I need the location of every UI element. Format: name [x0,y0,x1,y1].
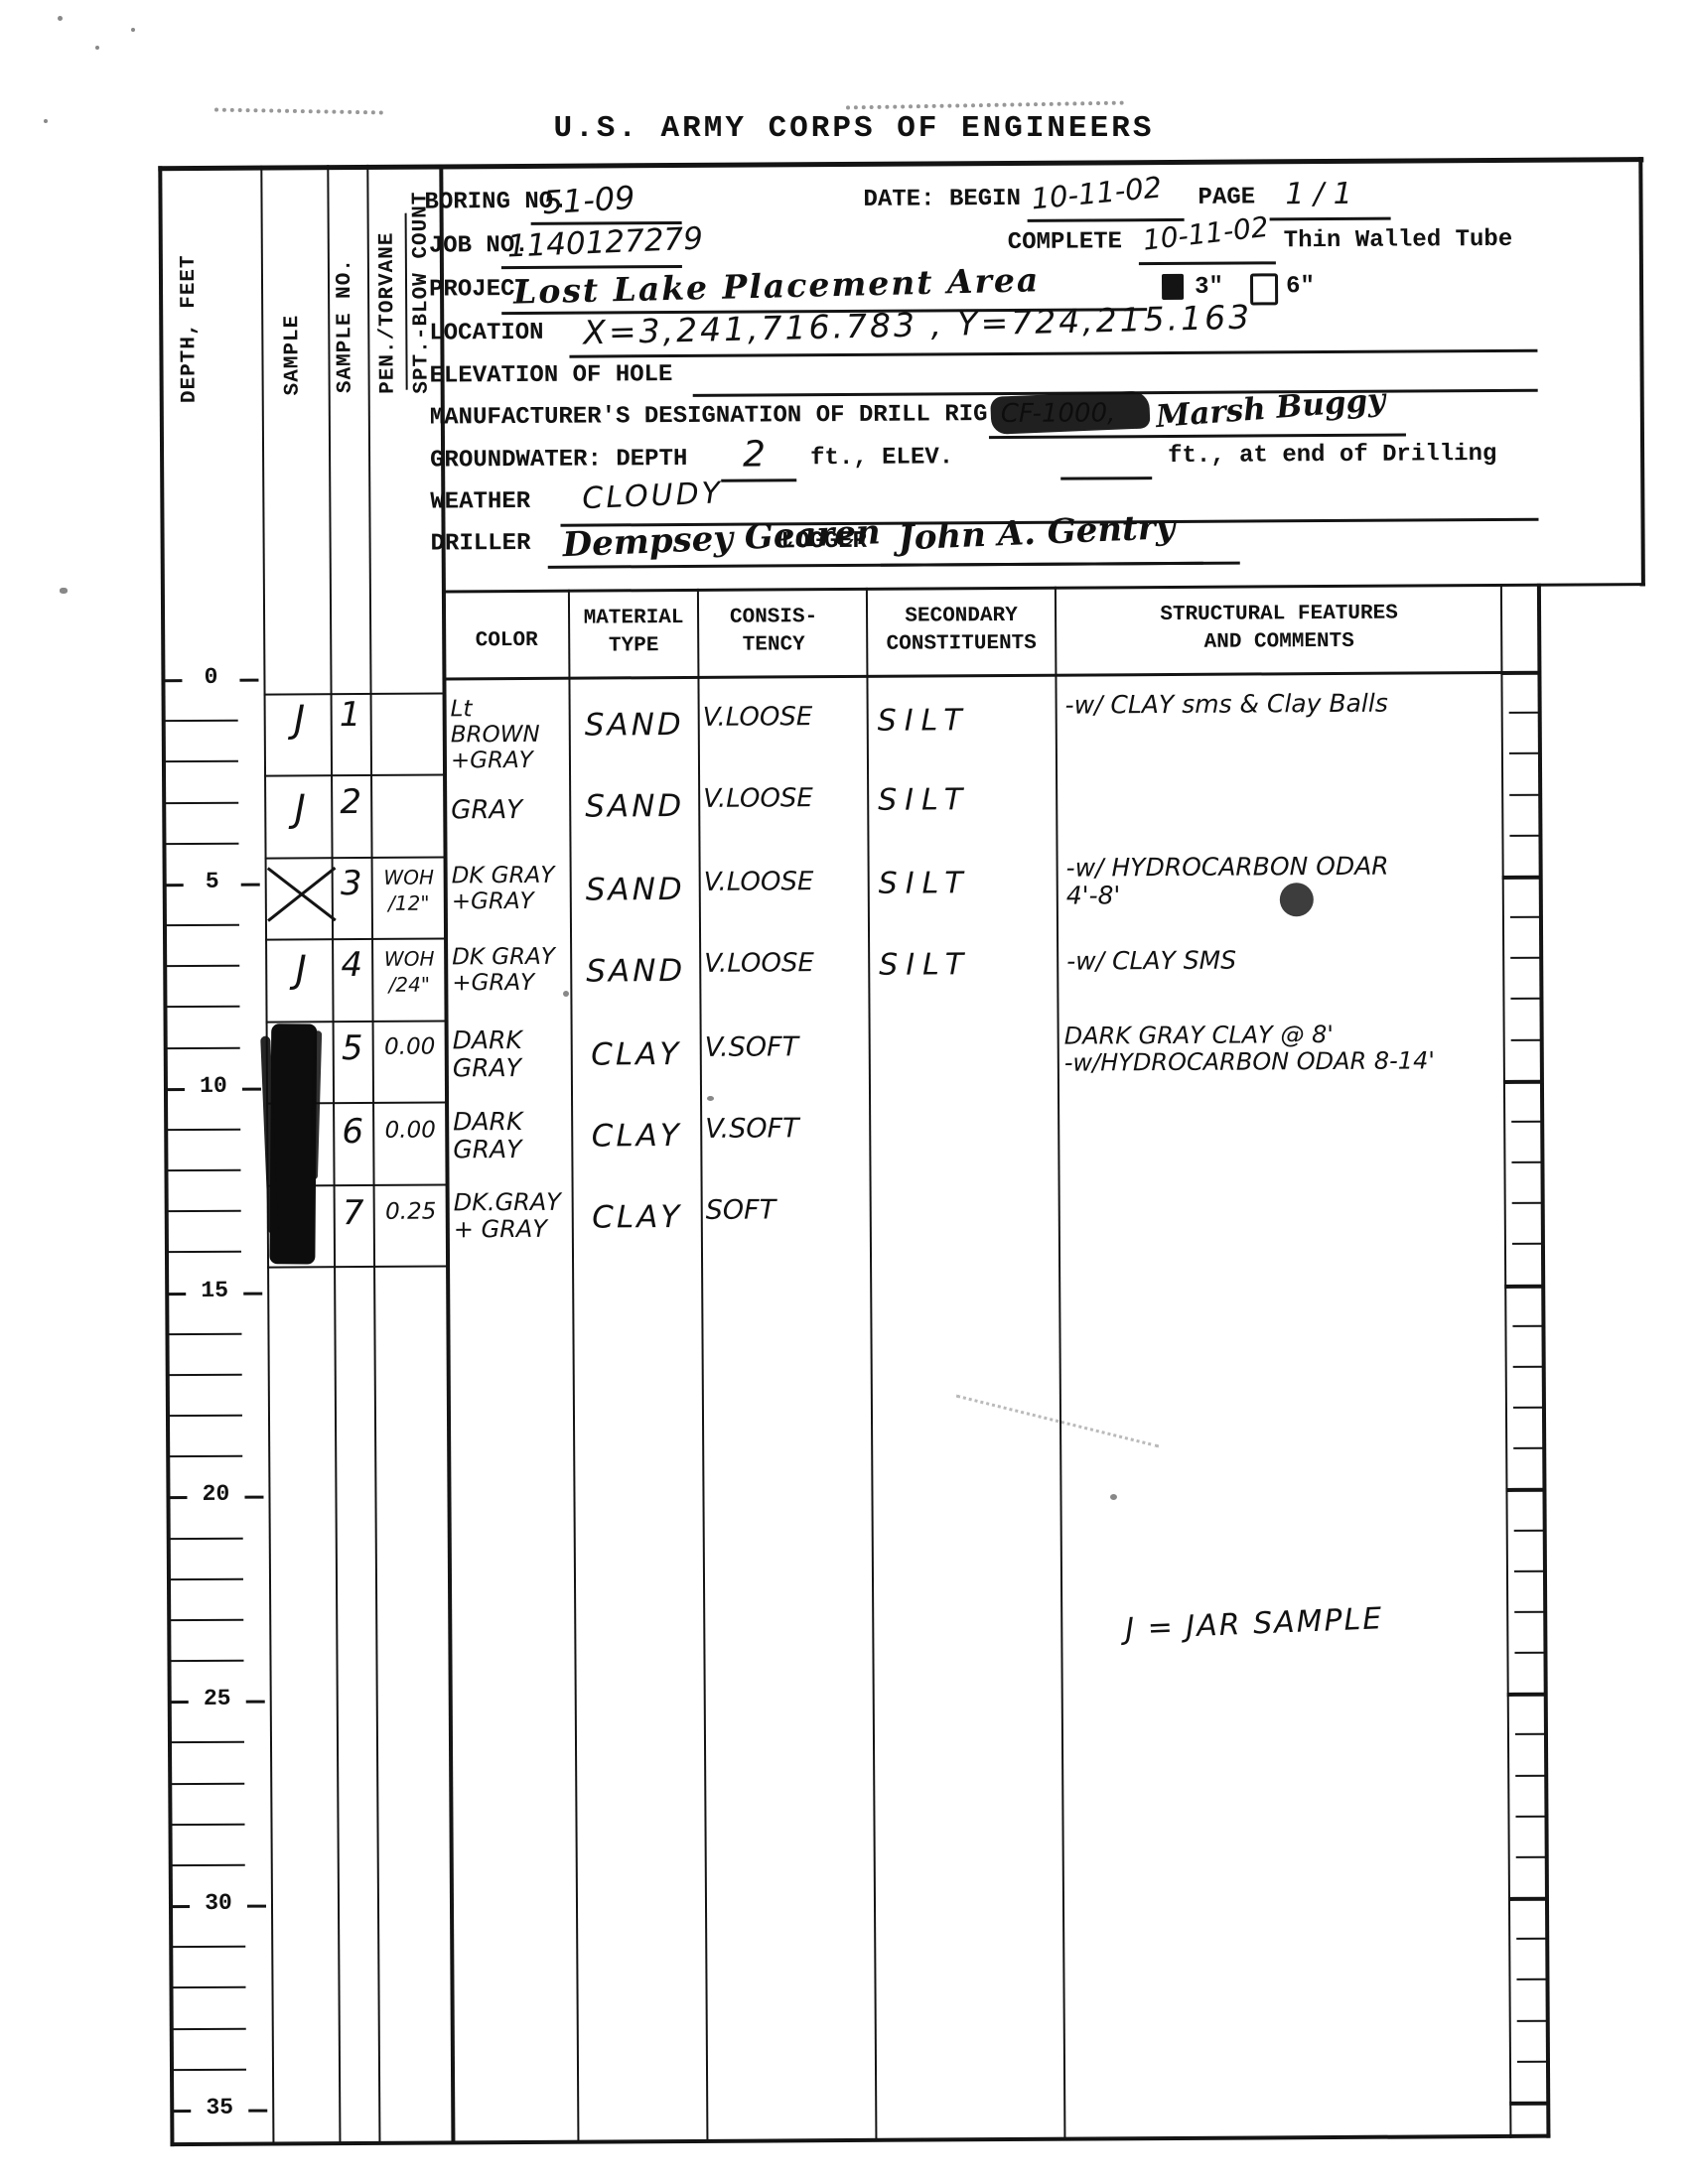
depth-label: 0 [182,664,239,690]
thin-walled-tube-label: Thin Walled Tube [1284,226,1513,254]
groundwater-depth-underline [721,478,796,481]
depth-tick [166,924,239,926]
depth-tick [167,1169,240,1171]
table-border-right [1537,584,1551,2138]
column-header-consistency: CONSIS- TENCY [699,604,848,661]
depth-label: 15 [186,1278,243,1303]
logger-value: John A. Gentry [898,507,1176,558]
depth-label: 35 [191,2095,248,2120]
tube-3in-label: 3" [1195,274,1223,301]
depth-label: 10 [185,1073,242,1099]
col-line-secondary-comments [1055,587,1066,2139]
column-header-material-type: MATERIAL TYPE [570,605,697,661]
tube-6in-label: 6" [1286,273,1315,300]
right-scale-tick [1516,1856,1547,1858]
jar-sample-note: J = JAR SAMPLE [1125,1602,1384,1646]
depth-tick [168,1333,241,1335]
depth-tick [172,1986,245,1988]
depth-feet-axis-label: DEPTH, FEET [178,224,202,403]
depth-tick [165,760,238,762]
location-label: LOCATION [429,320,543,347]
consistency-value: V.LOOSE [704,868,865,897]
right-scale-tick [1517,2020,1548,2022]
date-begin-label: DATE: BEGIN [863,186,1021,213]
complete-label: COMPLETE [1008,228,1122,256]
material-value: SAND [575,954,696,989]
depth-tick [169,1374,242,1376]
color-value: GRAY [451,796,566,826]
tube-6in-checkbox [1250,273,1278,305]
right-scale-tick [1509,835,1540,837]
header-border-right [1638,157,1645,586]
column-header-secondary-constituents: SECONDARY CONSTITUENTS [868,603,1055,660]
col-line-no-pen [366,165,380,2143]
sample-no-value: 7 [336,1194,371,1232]
consistency-value: V.LOOSE [703,703,864,733]
col-line-consistency-secondary [866,588,878,2140]
sample-type-value: J [276,698,324,741]
drill-rig-label: MANUFACTURER'S DESIGNATION OF DRILL RIG [430,401,988,431]
right-scale-tick [1504,1285,1544,1289]
right-scale-tick [1514,1530,1545,1532]
column-header-color: COLOR [446,627,567,656]
sample-axis-label: SAMPLE [281,296,305,395]
right-scale-tick [1513,1407,1544,1409]
right-scale-tick [1512,1202,1543,1204]
material-value: SAND [574,789,695,824]
col-line-material-consistency [697,589,709,2141]
depth-tick [165,720,238,722]
page-label: PAGE [1198,184,1255,210]
depth-tick [167,1129,240,1131]
weather-value: CLOUDY [582,477,724,515]
page-underline [1270,217,1391,221]
sample-no-value: 6 [335,1113,370,1151]
pen-torvane-value: 0.00 [375,1118,445,1144]
form-border-top [158,157,1643,171]
depth-tick [166,965,239,967]
logger-label: LOGGER [781,528,868,556]
depth-tick [170,1538,243,1540]
comments-value: -w/ CLAY sms & Clay Balls [1065,689,1498,720]
comments-value: -w/ CLAY SMS [1066,945,1499,976]
sample-no-axis-label: SAMPLE NO. [334,229,357,393]
date-begin-value: 10-11-02 [1030,171,1163,215]
drill-rig-scribble [990,390,1150,435]
material-value: SAND [575,873,696,907]
depth-tick [173,2069,246,2071]
pen-torvane-value: 0.25 [376,1199,446,1225]
sample-row-line [266,1020,447,1023]
depth-tick [169,1415,242,1417]
form-border-left [158,166,174,2146]
depth-tick [172,1864,245,1866]
sample-no-value: 2 [333,783,368,821]
secondary-value: SILT [878,783,1052,818]
right-scale-tick [1515,1775,1546,1777]
depth-rulers: 05101520253035 [0,0,1685,5]
right-scale-tick [1502,876,1542,880]
boring-no-value: 51-09 [542,181,636,221]
right-scale-tick [1508,1897,1548,1901]
driller-label: DRILLER [431,530,531,558]
depth-tick [170,1578,243,1580]
logger-underline [881,562,1240,567]
right-scale-tick [1511,1161,1542,1163]
form-border-bottom [170,2134,1550,2146]
right-scale-tick [1511,1039,1542,1041]
depth-label: 5 [184,869,241,894]
right-scale-tick [1510,916,1541,918]
right-scale-tick [1503,1080,1543,1084]
depth-tick [171,1741,244,1743]
right-scale-tick [1510,957,1541,959]
groundwater-end-label: ft., at end of Drilling [1168,441,1496,470]
right-scale-tick [1515,1733,1546,1735]
consistency-value: V.SOFT [705,1032,866,1063]
color-value: Lt BROWN +GRAY [451,697,566,774]
job-no-value: 1140127279 [506,221,703,264]
right-scale-tick [1514,1652,1545,1654]
sample-no-value: 4 [334,946,369,984]
right-scale-tick [1511,1121,1542,1123]
depth-tick [167,1047,240,1049]
consistency-value: V.LOOSE [704,949,865,979]
depth-tick [166,1006,239,1008]
right-scale-inner-line [1500,584,1512,2138]
depth-tick [168,1210,241,1212]
sample-no-value: 1 [333,696,368,734]
header-bottom-line [444,583,1645,593]
right-scale-tick [1513,1447,1544,1449]
material-value: CLAY [576,1119,697,1154]
material-value: CLAY [576,1037,697,1072]
right-scale-tick [1509,2102,1549,2106]
right-scale-tick [1514,1570,1545,1572]
sample-type-value: J [276,787,324,830]
depth-tick [165,843,238,845]
sample-no-value: 3 [334,865,369,902]
comments-value: DARK GRAY CLAY @ 8' -w/HYDROCARBON ODAR … [1064,1021,1501,1076]
color-value: DK GRAY +GRAY [452,945,567,997]
secondary-value: SILT [878,704,1052,739]
drill-rig-value: Marsh Buggy [1155,382,1387,435]
color-value: DK GRAY +GRAY [452,864,567,915]
pen-torvane-value: WOH /24" [374,945,444,997]
boring-log-form: DEPTH, FEET SAMPLE SAMPLE NO. PEN./TORVA… [0,0,1692,2184]
scanned-boring-log-page: U.S. ARMY CORPS OF ENGINEERS DEPTH, FEET… [0,0,1692,2184]
depth-label: 20 [187,1481,244,1507]
right-scale-tick [1512,1243,1543,1245]
location-underline [569,349,1537,358]
date-complete-underline [1139,261,1276,265]
right-scale-tick [1507,1693,1547,1697]
pen-torvane-value: WOH /12" [374,864,444,915]
weather-label: WEATHER [430,488,530,516]
right-scale-tick [1516,1938,1547,1940]
col-line-sample-no [327,165,341,2143]
color-value: DK.GRAY + GRAY [454,1189,569,1243]
groundwater-depth-value: 2 [743,435,766,475]
sample-no-value: 5 [335,1029,370,1067]
sample-row-line [267,1265,448,1268]
right-scale-tick [1509,794,1540,796]
right-scale-tick [1505,1488,1545,1492]
right-scale-tick [1509,752,1540,754]
color-value: DARK GRAY [453,1026,568,1083]
depth-tick [173,2028,246,2030]
comment-scribble [1280,883,1314,916]
depth-label: 25 [189,1686,246,1711]
right-scale-tick [1513,1366,1544,1368]
sample-type-value: J [277,948,325,991]
tube-3in-checkbox [1162,274,1184,300]
pen-torvane-axis-label: PEN./TORVANE [376,223,400,394]
color-value: DARK GRAY [453,1108,568,1164]
consistency-value: SOFT [706,1195,867,1226]
groundwater-mid-label: ft., ELEV. [810,444,953,472]
right-scale-tick [1509,712,1540,714]
pen-torvane-divider [405,213,408,390]
secondary-value: SILT [879,867,1053,901]
sample-row-line [264,773,445,776]
groundwater-elev-underline [1060,477,1152,480]
depth-tick [169,1455,242,1457]
right-scale-tick [1514,1611,1545,1613]
consistency-value: V.SOFT [705,1114,866,1145]
depth-tick [168,1251,241,1253]
page-value: 1 / 1 [1285,178,1352,211]
depth-tick [165,802,238,804]
sample-row-line [265,856,446,859]
secondary-value: SILT [879,948,1053,983]
right-scale-tick [1515,1816,1546,1818]
depth-tick [171,1783,244,1785]
drill-rig-underline [989,434,1406,440]
right-scale-tick [1512,1325,1543,1327]
right-scale-tick [1500,671,1540,675]
depth-label: 30 [190,1890,247,1916]
right-scale-tick [1510,998,1541,1000]
right-scale-tick [1517,2061,1548,2063]
column-header-bottom-line [444,671,1502,681]
sample-row-line [265,937,446,940]
material-value: CLAY [577,1200,698,1235]
elevation-label: ELEVATION OF HOLE [430,361,673,389]
material-value: SAND [574,708,695,743]
groundwater-label: GROUNDWATER: DEPTH [430,446,687,475]
column-header-structural-features: STRUCTURAL FEATURES AND COMMENTS [1057,600,1501,658]
depth-tick [172,1946,245,1948]
pen-torvane-value: 0.00 [375,1034,445,1060]
consistency-value: V.LOOSE [703,784,864,814]
right-scale-tick [1516,1979,1547,1980]
depth-tick [170,1660,243,1662]
depth-tick [171,1824,244,1826]
depth-tick [170,1619,243,1621]
